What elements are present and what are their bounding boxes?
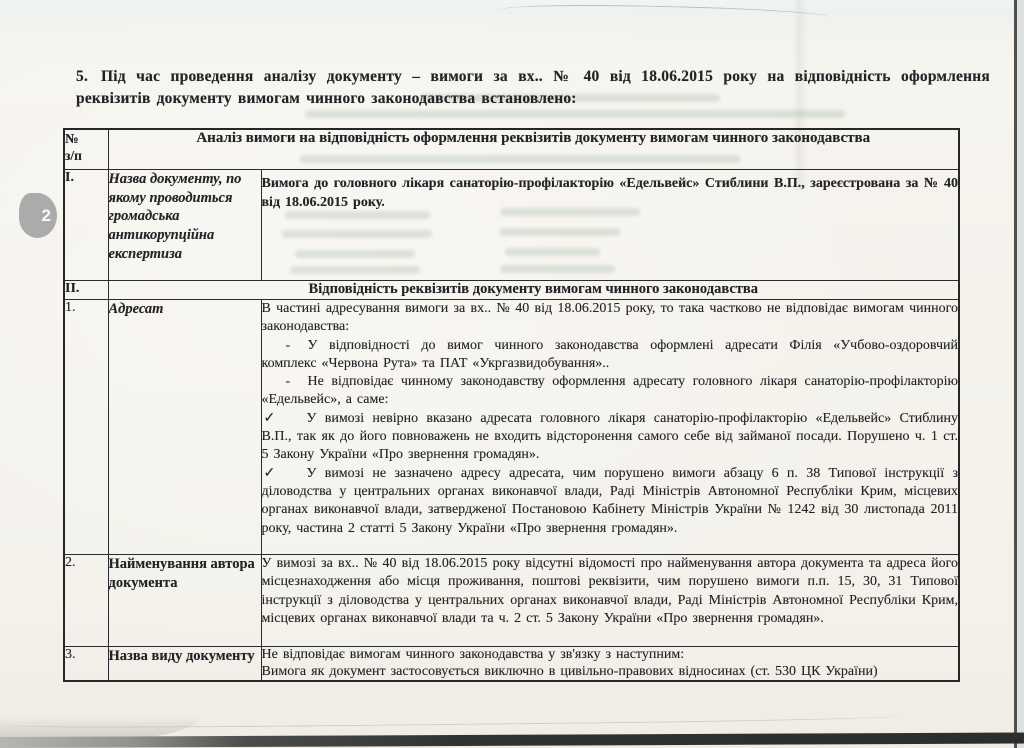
heading-number: 5. — [76, 66, 88, 88]
paragraph: -У відповідності до вимог чинного законо… — [262, 337, 959, 374]
header-num-line1: № — [65, 130, 108, 147]
page-number-badge: 2 — [19, 193, 57, 238]
row-label: Назва документу, по якому проводиться гр… — [108, 170, 261, 281]
row-content: Вимога до головного лікаря санаторію-про… — [261, 170, 959, 281]
row-content: В частині адресування вимоги за вх.. № 4… — [261, 300, 959, 555]
row-content: Не відповідає вимогам чинного законодавс… — [261, 647, 959, 682]
paragraph: -Не відповідає чинному законодавству офо… — [262, 373, 959, 410]
header-num-line2: з/п — [65, 147, 108, 164]
check-marker-icon: ✓ — [262, 465, 307, 483]
dash-marker: - — [262, 373, 308, 391]
paragraph: Не відповідає вимогам чинного законодавс… — [262, 647, 959, 664]
table-row: II. Відповідність реквізитів документу в… — [64, 281, 959, 300]
page-number: 2 — [42, 206, 51, 226]
paragraph-text: У вимозі невірно вказано адресата головн… — [262, 411, 959, 463]
document-heading: 5.Під час проведення аналізу документу –… — [76, 66, 990, 109]
paper-right-edge — [1014, 0, 1017, 748]
heading-text: Під час проведення аналізу документу – в… — [76, 68, 990, 107]
section-title: Відповідність реквізитів документу вимог… — [108, 281, 959, 300]
row-number: 3. — [64, 647, 108, 682]
row-content: У вимозі за вх.. № 40 від 18.06.2015 рок… — [261, 555, 959, 647]
table-header-row: № з/п Аналіз вимоги на відповідність офо… — [64, 129, 959, 170]
paragraph-text: У вимозі не зазначено адресу адресата, ч… — [262, 466, 959, 536]
table-row: 3. Назва виду документу Не відповідає ви… — [64, 647, 959, 682]
row-label: Найменування автора документа — [108, 555, 261, 647]
dash-marker: - — [262, 337, 308, 355]
scanned-document-page: 2 5.Під час проведення аналізу документу… — [0, 0, 1024, 748]
bleed-line — [305, 110, 845, 118]
paragraph-text: Не відповідає чинному законодавству офор… — [262, 374, 959, 407]
paragraph: ✓У вимозі невірно вказано адресата голов… — [262, 410, 959, 465]
table-row: I. Назва документу, по якому проводиться… — [64, 170, 959, 281]
check-marker-icon: ✓ — [262, 410, 307, 428]
row-number: 2. — [64, 555, 108, 647]
paragraph-text: У відповідності до вимог чинного законод… — [262, 338, 959, 371]
scan-right-margin — [1016, 0, 1024, 748]
row-label: Адресат — [108, 300, 261, 555]
paragraph: Вимога як документ застосовується виключ… — [262, 664, 959, 681]
table-row: 1. Адресат В частині адресування вимоги … — [64, 300, 959, 555]
header-num-col: № з/п — [64, 129, 108, 170]
row-number: II. — [64, 281, 108, 300]
header-title-cell: Аналіз вимоги на відповідність оформленн… — [108, 129, 959, 170]
paragraph: ✓У вимозі не зазначено адресу адресата, … — [262, 465, 959, 538]
row-number: 1. — [64, 300, 108, 555]
row-number: I. — [64, 170, 108, 281]
row-label: Назва виду документу — [108, 647, 261, 682]
paragraph: В частині адресування вимоги за вх.. № 4… — [262, 300, 959, 337]
analysis-table: № з/п Аналіз вимоги на відповідність офо… — [63, 128, 960, 682]
table-row: 2. Найменування автора документа У вимоз… — [64, 555, 959, 647]
